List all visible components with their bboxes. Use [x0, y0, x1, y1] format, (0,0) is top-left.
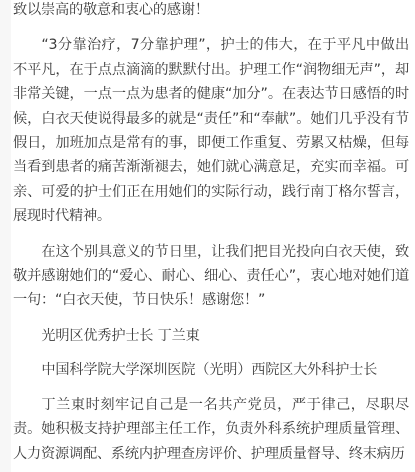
paragraph-nursing-value: “3分靠治疗，7分靠护理”，护士的伟大，在于平凡中做出不平凡，在于点点滴滴的默默… [13, 33, 409, 228]
honoree-affiliation: 中国科学院大学深圳医院（光明）西院区大外科护士长 [13, 358, 409, 382]
left-margin-strip [0, 0, 11, 472]
paragraph-tribute: 在这个别具意义的节日里，让我们把目光投向白衣天使，致敬并感谢她们的“爱心、耐心、… [13, 240, 409, 313]
closing-line: 致以崇高的敬意和衷心的感谢！ [13, 0, 409, 22]
honoree-title: 光明区优秀护士长 丁兰東 [13, 324, 409, 348]
paragraph-honoree-description: 丁兰東时刻牢记自己是一名共产党员，严于律己，尽职尽责。她积极支持护理部主任工作，… [13, 393, 409, 466]
article-body: 致以崇高的敬意和衷心的感谢！ “3分靠治疗，7分靠护理”，护士的伟大，在于平凡中… [13, 0, 409, 472]
